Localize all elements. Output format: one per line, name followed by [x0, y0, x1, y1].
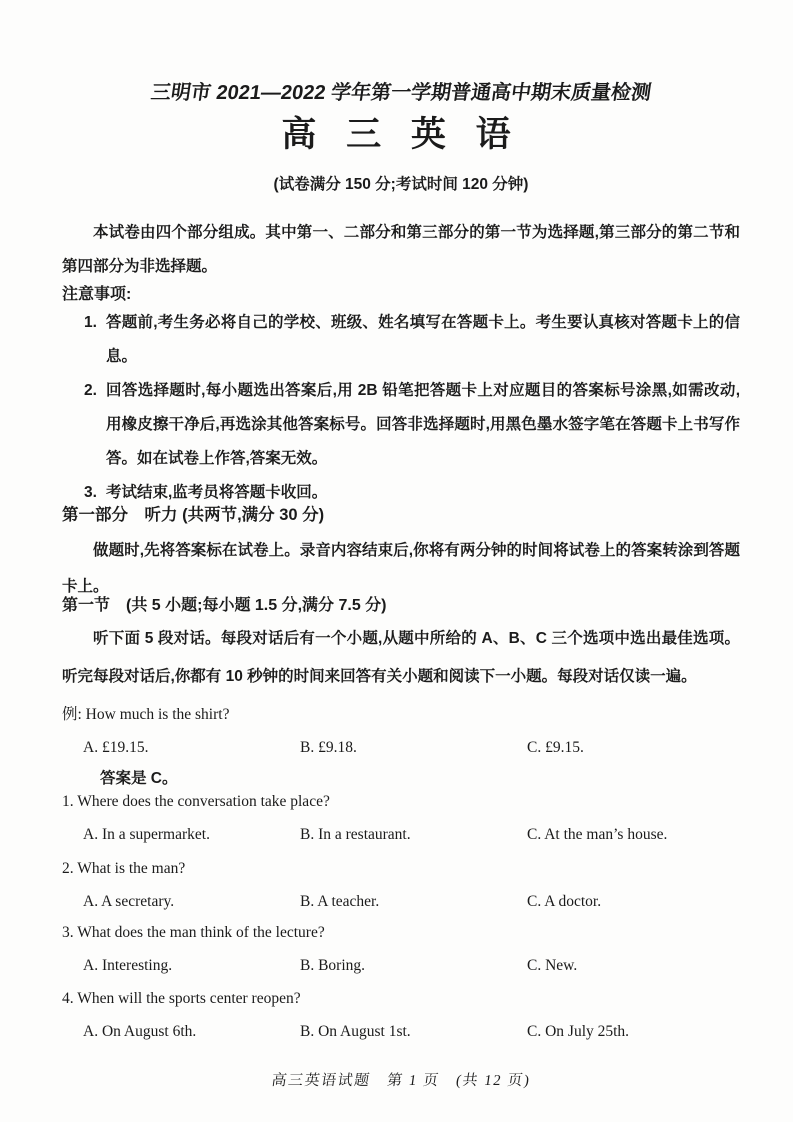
- exam-info-line: (试卷满分 150 分;考试时间 120 分钟): [62, 174, 740, 196]
- notice-item-number: 1.: [84, 306, 106, 374]
- example-options-row: A. £19.15. B. £9.18. C. £9.15.: [62, 736, 740, 760]
- option-a: A. On August 6th.: [83, 1020, 300, 1044]
- option-b: B. On August 1st.: [300, 1020, 527, 1044]
- part1-heading: 第一部分 听力 (共两节,满分 30 分): [62, 503, 740, 527]
- notice-item-2: 2. 回答选择题时,每小题选出答案后,用 2B 铅笔把答题卡上对应题目的答案标号…: [62, 374, 740, 476]
- option-c: C. At the man’s house.: [527, 823, 740, 847]
- option-b: B. A teacher.: [300, 890, 527, 914]
- option-a: A. £19.15.: [83, 736, 300, 760]
- question-block-2: 2. What is the man? A. A secretary. B. A…: [62, 857, 740, 914]
- option-a: A. In a supermarket.: [83, 823, 300, 847]
- section1-heading: 第一节 (共 5 小题;每小题 1.5 分,满分 7.5 分): [62, 594, 740, 618]
- option-b: B. £9.18.: [300, 736, 527, 760]
- question-options-row: A. Interesting. B. Boring. C. New.: [62, 954, 740, 978]
- option-b: B. In a restaurant.: [300, 823, 527, 847]
- example-question-block: 例: How much is the shirt? A. £19.15. B. …: [62, 703, 740, 791]
- question-prompt: 1. Where does the conversation take plac…: [62, 790, 740, 814]
- question-prompt: 2. What is the man?: [62, 857, 740, 881]
- footer-page-info: 高三英语试题 第 1 页 (共 12 页): [60, 1070, 741, 1092]
- question-options-row: A. A secretary. B. A teacher. C. A docto…: [62, 890, 740, 914]
- example-prompt: 例: How much is the shirt?: [62, 703, 740, 727]
- exam-session-line: 三明市 2021—2022 学年第一学期普通高中期末质量检测: [60, 80, 742, 106]
- option-c: C. £9.15.: [527, 736, 740, 760]
- question-prompt: 4. When will the sports center reopen?: [62, 987, 740, 1011]
- question-block-3: 3. What does the man think of the lectur…: [62, 921, 740, 978]
- exam-page: 三明市 2021—2022 学年第一学期普通高中期末质量检测 高 三 英 语 (…: [0, 0, 793, 1122]
- notice-item-1: 1. 答题前,考生务必将自己的学校、班级、姓名填写在答题卡上。考生要认真核对答题…: [62, 306, 740, 374]
- question-options-row: A. On August 6th. B. On August 1st. C. O…: [62, 1020, 740, 1044]
- intro-paragraph: 本试卷由四个部分组成。其中第一、二部分和第三部分的第一节为选择题,第三部分的第二…: [62, 216, 740, 284]
- option-a: A. Interesting.: [83, 954, 300, 978]
- option-c: C. A doctor.: [527, 890, 740, 914]
- notice-item-number: 2.: [84, 374, 106, 476]
- question-options-row: A. In a supermarket. B. In a restaurant.…: [62, 823, 740, 847]
- page-title: 高 三 英 语: [62, 112, 740, 158]
- question-block-1: 1. Where does the conversation take plac…: [62, 790, 740, 847]
- notice-item-text: 回答选择题时,每小题选出答案后,用 2B 铅笔把答题卡上对应题目的答案标号涂黑,…: [106, 374, 740, 476]
- option-c: C. New.: [527, 954, 740, 978]
- notice-list: 1. 答题前,考生务必将自己的学校、班级、姓名填写在答题卡上。考生要认真核对答题…: [62, 306, 740, 510]
- option-a: A. A secretary.: [83, 890, 300, 914]
- question-block-4: 4. When will the sports center reopen? A…: [62, 987, 740, 1044]
- notice-heading: 注意事项:: [62, 284, 740, 306]
- option-b: B. Boring.: [300, 954, 527, 978]
- example-answer-note: 答案是 C。: [62, 767, 740, 791]
- section1-instructions: 听下面 5 段对话。每段对话后有一个小题,从题中所给的 A、B、C 三个选项中选…: [62, 620, 740, 696]
- option-c: C. On July 25th.: [527, 1020, 740, 1044]
- notice-item-text: 答题前,考生务必将自己的学校、班级、姓名填写在答题卡上。考生要认真核对答题卡上的…: [106, 306, 740, 374]
- question-prompt: 3. What does the man think of the lectur…: [62, 921, 740, 945]
